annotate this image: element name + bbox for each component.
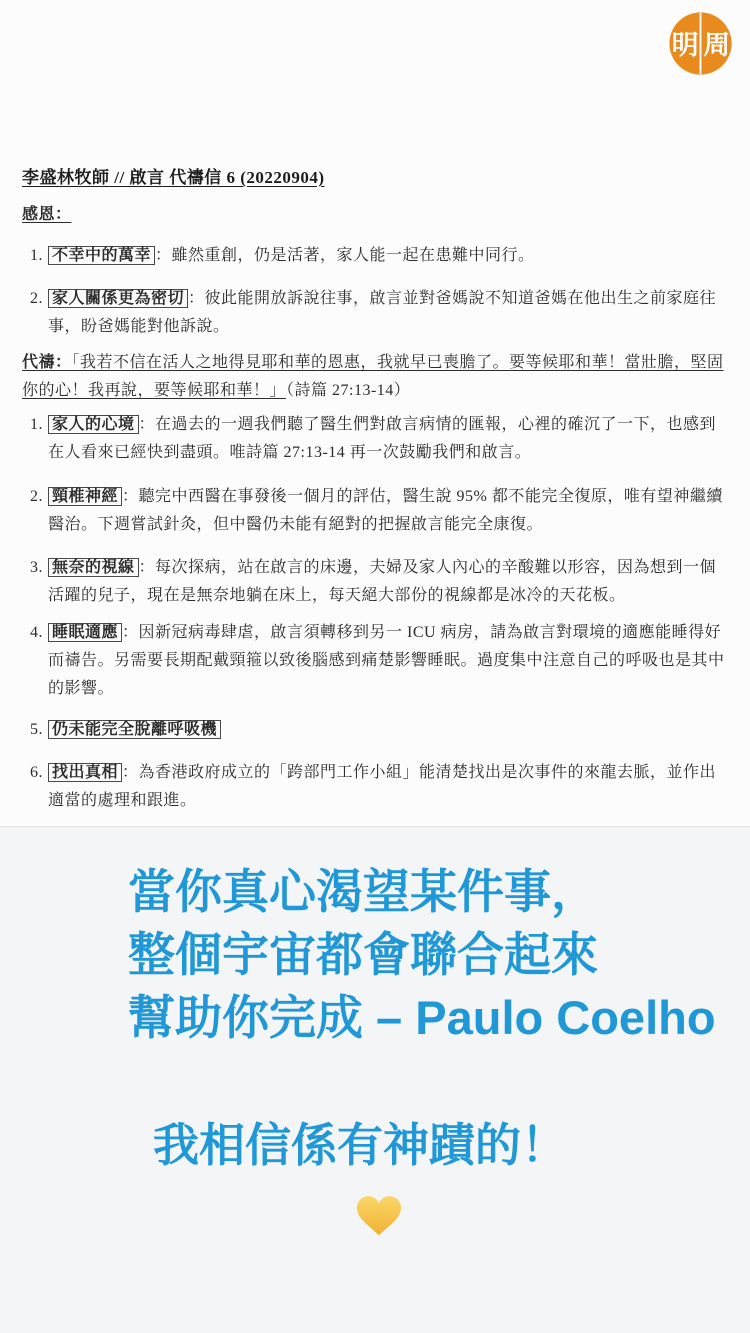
item-label-box: 家人的心境 bbox=[48, 415, 139, 434]
prayer-item-5: 5. 仍未能完全脫離呼吸機 bbox=[22, 716, 730, 744]
item-label-box: 找出真相 bbox=[48, 763, 122, 782]
item-label-box: 家人關係更為密切 bbox=[48, 289, 188, 308]
story-lower-section: 當你真心渴望某件事， 整個宇宙都會聯合起來 幫助你完成 – Paulo Coel… bbox=[0, 827, 750, 1333]
thanks-heading: 感恩： bbox=[22, 201, 730, 229]
prayer-heading-label: 代禱： bbox=[22, 354, 72, 371]
item-separator: ： bbox=[122, 624, 139, 641]
item-separator: ： bbox=[122, 764, 139, 781]
item-number: 2. bbox=[30, 483, 43, 511]
thanks-item-1: 1. 不幸中的萬幸：雖然重創，仍是活著，家人能一起在患難中同行。 bbox=[22, 242, 730, 270]
item-label-box: 仍未能完全脫離呼吸機 bbox=[48, 720, 221, 739]
item-label-box: 不幸中的萬幸 bbox=[48, 246, 155, 265]
item-label-box: 頸椎神經 bbox=[48, 487, 122, 506]
paulo-coelho-quote: 當你真心渴望某件事， 整個宇宙都會聯合起來 幫助你完成 – Paulo Coel… bbox=[128, 860, 716, 1049]
logo-right-char: 周 bbox=[703, 30, 730, 60]
item-separator: ： bbox=[155, 247, 172, 264]
item-number: 1. bbox=[30, 242, 43, 270]
item-separator: ： bbox=[188, 290, 205, 307]
prayer-reference: （詩篇 27:13-14） bbox=[286, 382, 410, 399]
item-number: 5. bbox=[30, 716, 43, 744]
prayer-item-1: 1. 家人的心境：在過去的一週我們聽了醫生們對啟言病情的匯報，心裡的確沉了一下，… bbox=[22, 411, 730, 467]
prayer-intro: 代禱：「我若不信在活人之地得見耶和華的恩惠，我就早已喪膽了。要等候耶和華！當壯膽… bbox=[22, 349, 730, 405]
item-number: 1. bbox=[30, 411, 43, 439]
item-text: 為香港政府成立的「跨部門工作小組」能清楚找出是次事件的來龍去脈，並作出適當的處理… bbox=[48, 764, 716, 809]
item-number: 4. bbox=[30, 619, 43, 647]
item-separator: ： bbox=[139, 416, 156, 433]
item-text: 因新冠病毒肆虐，啟言須轉移到另一 ICU 病房，請為啟言對環境的適應能睡得好而禱… bbox=[48, 624, 725, 697]
item-label-box: 無奈的視線 bbox=[48, 558, 139, 577]
item-separator: ： bbox=[122, 488, 139, 505]
prayer-item-2: 2. 頸椎神經：聽完中西醫在事發後一個月的評估，醫生說 95% 都不能完全復原，… bbox=[22, 483, 730, 539]
mingpao-weekly-logo-icon: 明 周 bbox=[667, 10, 734, 77]
prayer-item-6: 6. 找出真相：為香港政府成立的「跨部門工作小組」能清楚找出是次事件的來龍去脈，… bbox=[22, 759, 730, 815]
quote-line-1: 當你真心渴望某件事， bbox=[128, 860, 716, 923]
thanks-heading-label: 感恩： bbox=[22, 206, 72, 223]
item-text: 聽完中西醫在事發後一個月的評估，醫生說 95% 都不能完全復原，唯有望神繼續醫治… bbox=[48, 488, 723, 533]
belief-line: 我相信係有神蹟的！ bbox=[153, 1119, 567, 1171]
yellow-heart-icon bbox=[357, 1195, 401, 1237]
item-number: 6. bbox=[30, 759, 43, 787]
prayer-item-4: 4. 睡眠適應：因新冠病毒肆虐，啟言須轉移到另一 ICU 病房，請為啟言對環境的… bbox=[22, 619, 730, 703]
quote-line-2: 整個宇宙都會聯合起來 bbox=[128, 923, 716, 986]
item-separator: ： bbox=[139, 559, 156, 576]
logo-left-char: 明 bbox=[672, 30, 699, 60]
item-label-box: 睡眠適應 bbox=[48, 623, 122, 642]
item-text: 雖然重創，仍是活著，家人能一起在患難中同行。 bbox=[172, 247, 535, 264]
item-number: 2. bbox=[30, 285, 43, 313]
quote-line-3: 幫助你完成 – Paulo Coelho bbox=[128, 986, 716, 1049]
prayer-item-3: 3. 無奈的視線：每次探病，站在啟言的床邊，夫婦及家人內心的辛酸難以形容，因為想… bbox=[22, 554, 730, 610]
letter-title: 李盛林牧師 // 啟言 代禱信 6 (20220904) bbox=[22, 164, 730, 192]
item-number: 3. bbox=[30, 554, 43, 582]
thanks-item-2: 2. 家人關係更為密切：彼此能開放訴說往事，啟言並對爸媽說不知道爸媽在他出生之前… bbox=[22, 285, 730, 341]
prayer-letter-document: 李盛林牧師 // 啟言 代禱信 6 (20220904) 感恩： 1. 不幸中的… bbox=[0, 0, 750, 827]
